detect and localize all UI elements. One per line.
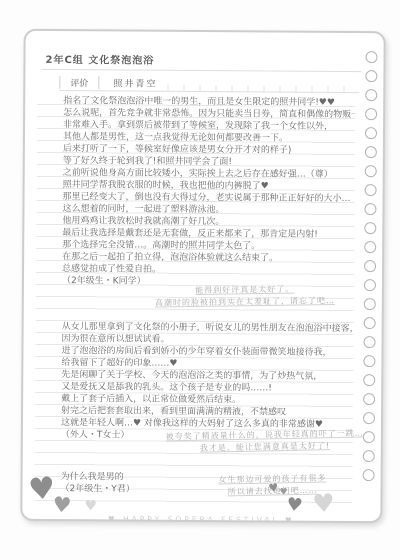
- binder-hole-icon: [365, 70, 377, 82]
- binder-hole-icon: [364, 241, 376, 253]
- page-title: 2年C组 文化祭泡泡浴: [41, 51, 361, 72]
- binder-hole-icon: [364, 203, 376, 215]
- heart-icon: ♥: [84, 499, 97, 513]
- binder-hole-icon: [365, 51, 377, 63]
- evaluation-row: 评价 照井青空: [59, 75, 359, 93]
- binder-hole-icon: [364, 317, 376, 329]
- binder-hole-icon: [365, 127, 377, 139]
- ruled-tick-marks: [167, 85, 359, 92]
- reply-t-handwritten: 被夸奖了精液量什么的，说我年轻真的吓了一跳…我才是，能让您满意真是太好了!: [145, 427, 385, 456]
- binder-hole-icon: [363, 355, 375, 367]
- binder-hole-icon: [365, 146, 377, 158]
- evaluator-name: 照井青空: [113, 76, 157, 89]
- binder-hole-icon: [364, 260, 376, 272]
- reply-k-handwritten: 能得到好评真是太好了。高潮时的脸被拍到实在太羞耻了，请忘了吧…: [122, 283, 368, 310]
- heart-icon: ♥: [268, 482, 279, 494]
- binder-hole-icon: [363, 412, 375, 424]
- binder-hole-icon: [365, 108, 377, 120]
- binder-hole-icon: [364, 336, 376, 348]
- binder-hole-icon: [363, 450, 375, 462]
- evaluation-label: 评价: [59, 76, 99, 89]
- heart-icon: ♥: [285, 496, 303, 516]
- binder-hole-icon: [363, 374, 375, 386]
- review-t-text: 从女儿那里拿到了文化祭的小册子，听说女儿的男性朋友在泡泡浴中接客，因为很在意所以…: [61, 321, 354, 443]
- binder-hole-icon: [365, 184, 377, 196]
- heart-icon: ♥: [51, 494, 72, 517]
- binder-hole-icon: [363, 393, 375, 405]
- heart-icon: ♥: [312, 490, 336, 516]
- notebook-page: 2年C组 文化祭泡泡浴 评价 照井青空 指名了文化祭泡泡浴中唯一的男生，而且是女…: [20, 29, 385, 524]
- review-k-text: 指名了文化祭泡泡浴中唯一的男生，而且是女生限定的照井同学!♥♥怎么说呢，首先竞争…: [62, 95, 355, 289]
- binder-hole-icon: [363, 469, 375, 481]
- binder-hole-icon: [364, 222, 376, 234]
- binder-hole-icon: [365, 165, 377, 177]
- binder-hole-icon: [365, 89, 377, 101]
